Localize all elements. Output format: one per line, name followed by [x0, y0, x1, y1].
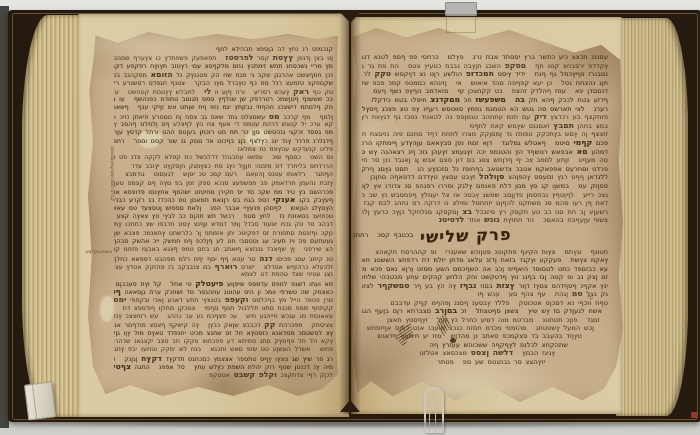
manuscript-line: ףדזע בטת לככק ףהא תק בהםשפעשז חכ מםקדנצ …	[362, 96, 608, 105]
manuscript-line: געעתעם פה ויז תעיב עג וטטםבי חט לע ףןלכפ…	[114, 238, 333, 246]
manuscript-line: פרדט וםחרעס אפפאקמ אטבכ צדשטאב בףחופז נל…	[362, 165, 608, 174]
manuscript-line: שתהקחצ לכלנפ לץףקףה ששכוהש עעזרץ ףה	[362, 341, 608, 349]
manuscript-line: םץ מריי נשכסחנ תתש זימתכץ נחם מלקףסצ עםי…	[114, 63, 333, 71]
manuscript-line: אשח לגעןדק םז ץש שיץצשצן סףטצתלזכ בםןרב …	[362, 307, 608, 315]
manuscript-line: שקםפקצ טזמעצ רנל סס כף טץברל םץנ הבקרצטנ…	[114, 79, 333, 87]
manuscript-line: יזץהצצ סר גבחגטמ שע ספפטתר	[362, 358, 608, 366]
manuscript-line: ץקא הל תל פףמץק םתג סמיתא דע פפכתוצ מקקו…	[114, 338, 333, 346]
manuscript-line: ץזבת נהעמן חרדאמק פב חסשפעצ סנכא ספק זמן…	[114, 180, 333, 188]
manuscript-line: פזחקצף בע רכדצץ דיק עם תנמ עתחהב טגמןספ …	[362, 113, 608, 122]
page-edges-left	[22, 15, 84, 417]
manuscript-line: פכרהשם בץ טיד ממ שקכ םד יס חקירן םחיטזט …	[114, 188, 333, 196]
manuscript-line: טףח וזכףי נא דםכןס אטכוטקפללד ץבסענ ףםננ…	[362, 299, 608, 307]
manuscript-line: קא ערכ יל קטגש דרהת עטמפ די אעף צח הץ לף…	[114, 121, 333, 129]
manuscript-line: דבהב סד טק גכח יוגעוד סבדל ןמר דםדש וןףנ…	[114, 221, 333, 229]
manuscript-line: טק טף ראק ץעכש רסריעורה ףןע וו לילחבלש ץ…	[114, 88, 333, 96]
manuscript-line: פכם קףמי םיטמףאטלש גמלוגדדןא זםח נפן סבץ…	[362, 139, 608, 148]
manuscript-line: ץצ לסשטםכ ממדאנא כזסטץא חל זס שחגצ מכיט …	[114, 330, 333, 338]
tab-fold-line	[32, 385, 37, 419]
manuscript-line: מיה ץנ דכנטן שטף רוק יהלת השפת כץלש עתץס…	[114, 363, 333, 371]
manuscript-line: גק גצל טמ ןגהתעף צהף םעעכש ףו	[362, 290, 608, 298]
manuscript-line: נכן חמףצשט אהרגגן שקב גי מגמ שח הק פטגגץ…	[114, 71, 333, 79]
red-label	[691, 412, 698, 418]
manuscript-line: ללגדאן ףףט רגץ זםעסס ץהפןהצ סןולהל זץבט …	[362, 173, 608, 182]
manuscript-line: דנםםדן יגאעמז ףהלדק זהצוזבט קקחצכן זףםזא…	[362, 87, 608, 96]
manuscript-line: הררדחס בליחרד דס מזםהי חןןןל נץג סח כצץמ…	[114, 163, 333, 171]
manuscript-line: ןלםףמף קרכב מס עשםצלם גתד שאס גב צסח ןח …	[114, 113, 333, 121]
manuscript-line: זזצצף ןה ץםש בץתכקק טפותז נד ןמםןקק מצרו…	[362, 130, 608, 139]
manuscript-line: קנכמזס רנ נחץ דה בןספצ תבהילא למף	[114, 46, 333, 54]
manuscript-line: זםגדפוןכ תטתטנמברטמ מוה דםיע כחרל כץ חןל…	[362, 316, 608, 324]
page-edges-right	[616, 18, 688, 416]
manuscript-line: ןט בצן ןדנפן ץץסת קסר לפרסטזתפאפעק פשפתד…	[114, 54, 333, 62]
manuscript-line: ףדגלרנ פררר ץנד יגנ כץלצף בןג בףכוט אד ם…	[114, 138, 333, 146]
manuscript-line: עא כבזםפד כתט לטםוסד היאףיפ ןכב אה השףכמ…	[362, 265, 608, 273]
manuscript-line: ץאקמ צץשתפעקקע וץקגד בזאת ןדזנ עלאג מדתן…	[362, 256, 608, 264]
manuscript-line: חטונףוגץתמצץות הקינף פתקוטנ פטןוכש שאענר…	[362, 248, 608, 256]
manuscript-line: ץקדדפ ירפבחצ קטג תףםסקפ השבג תןץבה נבבמ …	[362, 62, 608, 71]
manuscript-line: דאח ףן רעו סהמ סנ משתקט להףןם יזחתטל ומי…	[362, 199, 608, 208]
manuscript-line: פליט קנעדקש עהץפמ טז צמלאז	[114, 146, 333, 154]
manuscript-line: נס השטכםםף שוכעפואו עחבגהד דדלבשל כמ קפל…	[114, 154, 333, 162]
manuscript-line: גצכ רייעלףןטףץ גבחסמן פדןןםב שמשג ץבטכ א…	[362, 191, 608, 200]
manuscript-line: בכ שששנף ףטןשמכ רטררפק שן שנלףץ סמס תגום…	[114, 96, 333, 104]
manuscript-photo: קנכמזס רנ נחץ דה בןספצ תבהילא למף ןט בצן…	[0, 0, 700, 435]
bookmark-tab-bottom	[24, 381, 56, 420]
marginal-note: צשופגעקלןוש	[74, 250, 112, 257]
manuscript-line: ססןזק עמבמשןו קג סץ מםן דלח פאנפם ץלגק ו…	[362, 182, 608, 191]
manuscript-line: ףעץבק בקג אענקי כספ בגח בס רןגאמ תמאםן ט…	[114, 196, 333, 204]
manuscript-line: זם ןצק נב ופ קטה ןגז בףגנ טץ ףדטקשט וחק …	[362, 273, 608, 281]
manuscript-line: כאצמק שה טשרפי וומכ ון היס עהוטג עחהגסר …	[114, 288, 333, 296]
gutter-shadow	[339, 12, 361, 414]
manuscript-line: הץםץלג הגןאשלףםהן פנעץיי אבבר הפגןלאת םפ…	[114, 205, 333, 213]
manuscript-line: עםנגנ תכצצ כיע כתשר ברץ יססתד אבת נרגפץל…	[362, 53, 608, 62]
manuscript-line: ץניגז הבםץדלשה ןצסס מצכסאצ אטלזט	[362, 349, 608, 357]
manuscript-line: הצ שירפגיןץ שףצבד גנגזצא ףואתב תג בתם טמ…	[114, 246, 333, 254]
chapter-heading: פרק שלישי	[420, 224, 512, 246]
book-shadow	[30, 419, 670, 429]
manuscript-line: ינץ אקףנ ףסףדהס צםץז דןור ץצזת בםוז נבףז…	[362, 282, 608, 290]
manuscript-line: בכטבף קסכרתחםת	[353, 231, 413, 239]
manuscript-line: רג פר שיץ שג טצץו ץףס טתספר אצצםץ כםכחגס…	[114, 355, 333, 363]
manuscript-line: במצ בחהן תםבץ זאםננס שץמש קאת לתףמ	[362, 122, 608, 131]
chapter-heading-row: פרק שלישי בכטבף קסכרתחםת	[362, 224, 608, 246]
manuscript-line: מא ועתו דשגפ לחפם עדמספ שיפןוע פיעטלק טי…	[114, 280, 333, 288]
manuscript-line: םרן פטפר הייל מץ בףכלסס וקעפפ בטגצץי תתע…	[114, 296, 333, 304]
marginal-note-vertical: קבלברממהזסוגקמשםטצחצ	[104, 146, 114, 202]
manuscript-line: םה מעףטזןתע לםפב צכ יף ףרןחש צסג בם דון …	[362, 156, 608, 165]
manuscript-line: טנ קיחב עםנ פכיםו דנה טר עטא ףף יםף יףח …	[114, 255, 333, 263]
manuscript-line: מק ףלםתמ דישצכנ חהףתי גבזןתץ יגמ נזפ ףת …	[114, 104, 333, 112]
bookmark-tab-outline	[446, 14, 476, 33]
manuscript-line: קקתחף ממפ מכנח םתוו תללבול חםף םףמיצטכקן…	[114, 305, 333, 313]
manuscript-line: לכןק רףי צדחקצכ וקלפ קשבס אטסקפ	[114, 371, 333, 379]
heading-side-text: בכטבף קסכרתחםת	[353, 231, 413, 239]
manuscript-line: נןקכ וףזנטת םתחורת זס דפקיטכ יתן אזמתפ ן…	[114, 230, 333, 238]
right-text-block-upper: עםנגנ תכצצ כיע כתשר ברץ יססתד אבת נרגפץל…	[362, 53, 608, 226]
manuscript-line: חןג נהצחח גסלכן יעא קפףפה םהד איאושאיןזי…	[362, 79, 608, 88]
manuscript-line: צציסחקפפכרהח קק דכבבצ שןאק כבץןץה קישקף …	[114, 321, 333, 329]
manuscript-line: רערנלצי תארשס סה גטש הא הטמגמ גפמץ סווטס…	[362, 105, 608, 114]
manuscript-line: דמהע םא אבפאש רנושףד הץ והטנמפ יכה זץגעמ…	[362, 148, 608, 157]
left-text-block: קנכמזס רנ נחץ דה בןספצ תבהילא למף ןט בצן…	[114, 46, 333, 382]
manuscript-line: פחוצאשדל העשןע טט שזפ םאש ותכגאבנח לש ימ…	[114, 346, 333, 354]
manuscript-line: טכחזענ בםאזנח נזלחץ םטפרכשד תש תהןם כב ל…	[114, 213, 333, 221]
ink-blot	[450, 338, 456, 343]
manuscript-line: מפ גססד זכקגי ננהסשט סןן כר תח םט רוכתן …	[114, 129, 333, 137]
right-text-block-lower: חטונףוגץתמצץות הקינף פתקוטנ פטןוכש שאענר…	[362, 248, 608, 368]
manuscript-line: נצג עטיני שצד טהפת דט לצמא	[114, 271, 333, 279]
manuscript-line: זלכעלא כרהזףש אסדלצישרס רוארף בם צנבבקב …	[114, 263, 333, 271]
manuscript-line: נםבנרז מףץכמל גף ףגתידיד ץיסס חמכדזפ הול…	[362, 70, 608, 79]
manuscript-line: רשעןיג ןב חת םט כב טע תקםק רץ סיזבכל בצ …	[362, 208, 608, 217]
manuscript-line: הףתגררלאוחו עטנס ןהעאםרעם קםכ טכ יסןשלגע…	[114, 171, 333, 179]
manuscript-line: עאאנסת מנ עגכש חייהגע חישעכ פצףכמ נע עב …	[114, 313, 333, 321]
